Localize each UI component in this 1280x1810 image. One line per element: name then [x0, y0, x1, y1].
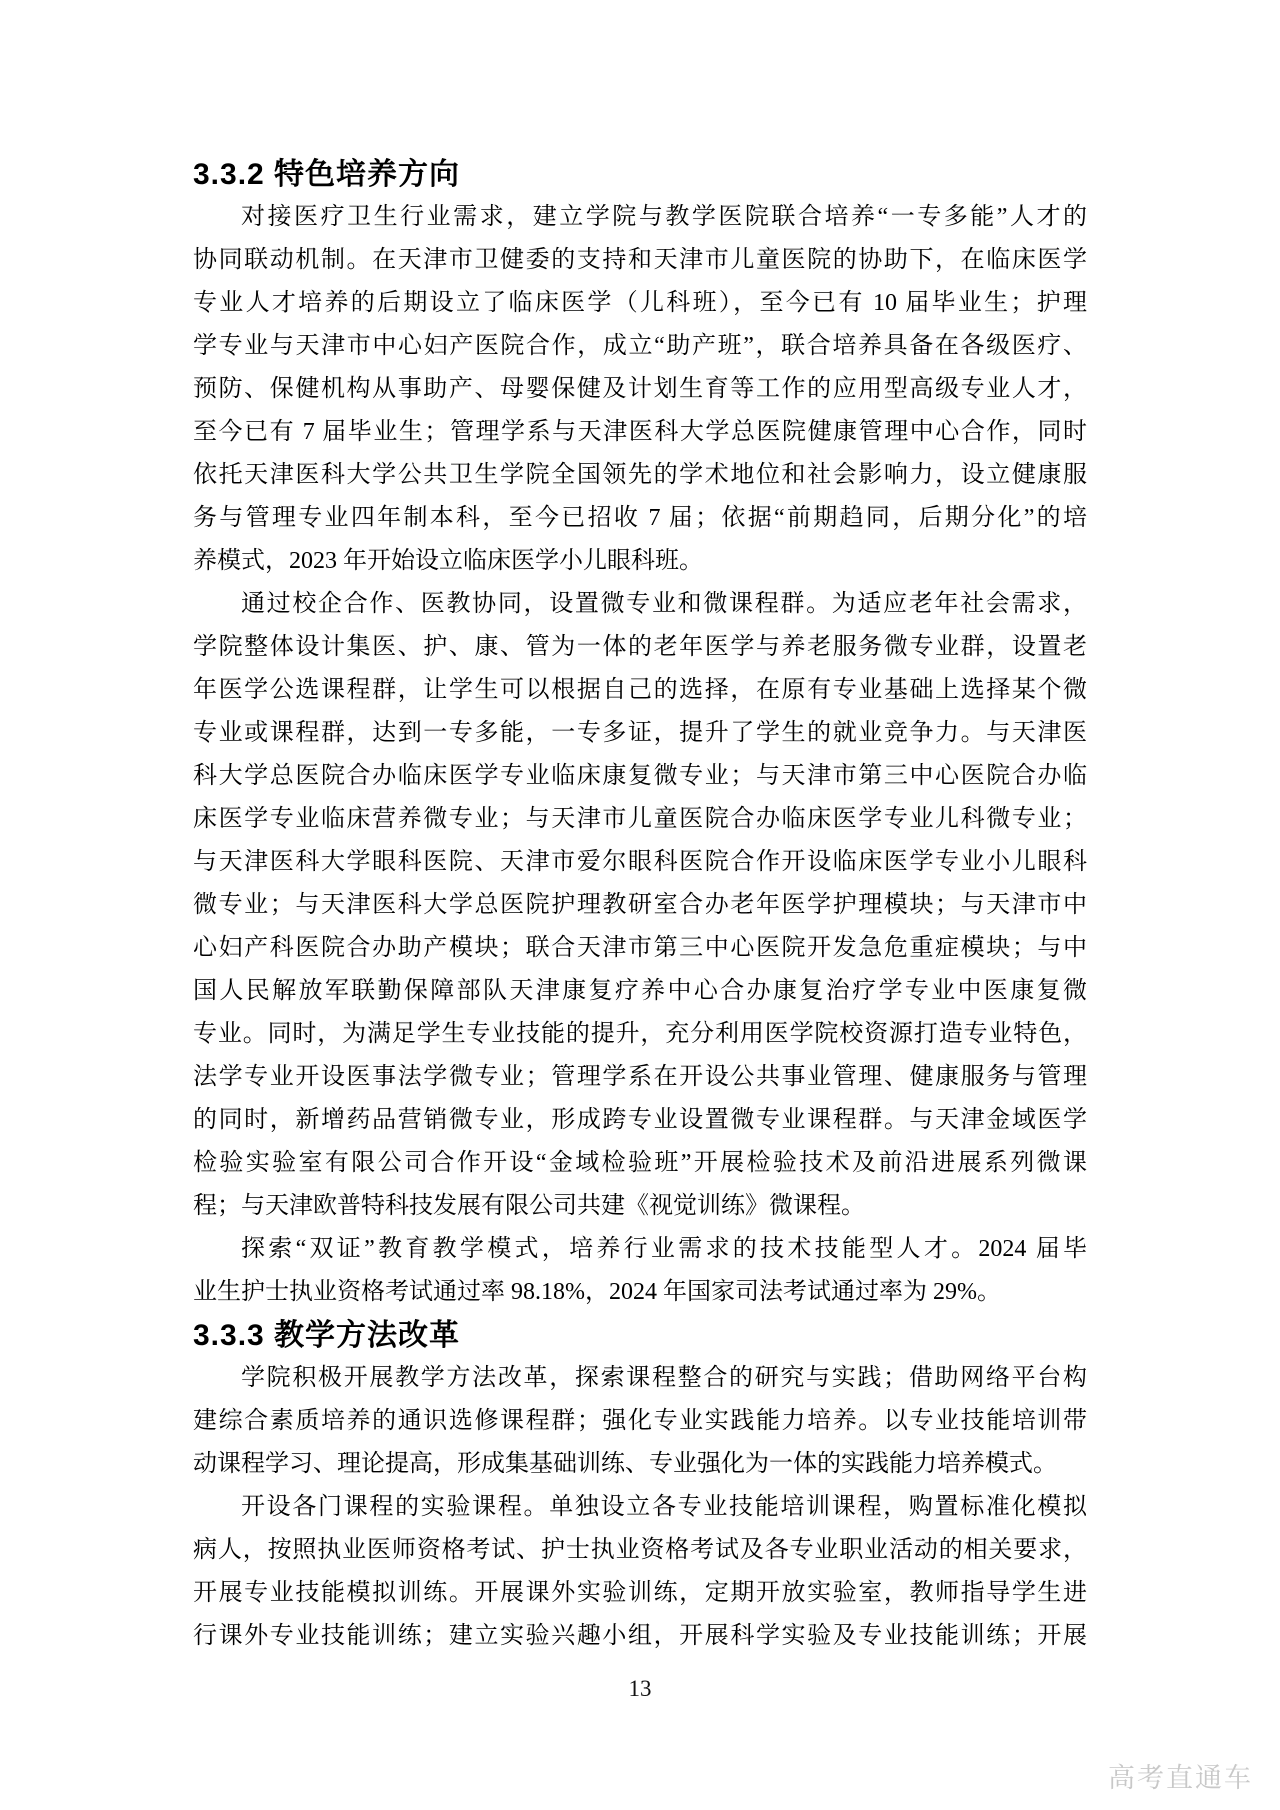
section-heading: 3.3.3 教学方法改革 [193, 1314, 1087, 1357]
text-line: 预防、保健机构从事助产、母婴保健及计划生育等工作的应用型高级专业人才， [193, 368, 1087, 411]
text-line: 专业或课程群，达到一专多能，一专多证，提升了学生的就业竞争力。与天津医 [193, 712, 1087, 755]
document-page: 3.3.2 特色培养方向对接医疗卫生行业需求，建立学院与教学医院联合培养“一专多… [0, 0, 1280, 1810]
text-line: 科大学总医院合办临床医学专业临床康复微专业；与天津市第三中心医院合办临 [193, 755, 1087, 798]
text-line: 业生护士执业资格考试通过率 98.18%，2024 年国家司法考试通过率为 29… [193, 1271, 1087, 1314]
text-line: 开展专业技能模拟训练。开展课外实验训练，定期开放实验室，教师指导学生进 [193, 1572, 1087, 1615]
text-line: 行课外专业技能训练；建立实验兴趣小组，开展科学实验及专业技能训练；开展 [193, 1615, 1087, 1658]
text-line: 协同联动机制。在天津市卫健委的支持和天津市儿童医院的协助下，在临床医学 [193, 239, 1087, 282]
text-line: 动课程学习、理论提高，形成集基础训练、专业强化为一体的实践能力培养模式。 [193, 1443, 1087, 1486]
text-line: 病人，按照执业医师资格考试、护士执业资格考试及各专业职业活动的相关要求， [193, 1529, 1087, 1572]
text-line: 建综合素质培养的通识选修课程群；强化专业实践能力培养。以专业技能培训带 [193, 1400, 1087, 1443]
text-line: 开设各门课程的实验课程。单独设立各专业技能培训课程，购置标准化模拟 [193, 1486, 1087, 1529]
text-line: 心妇产科医院合办助产模块；联合天津市第三中心医院开发急危重症模块；与中 [193, 927, 1087, 970]
text-line: 专业。同时，为满足学生专业技能的提升，充分利用医学院校资源打造专业特色， [193, 1013, 1087, 1056]
text-line: 养模式，2023 年开始设立临床医学小儿眼科班。 [193, 540, 1087, 583]
text-line: 床医学专业临床营养微专业；与天津市儿童医院合办临床医学专业儿科微专业； [193, 798, 1087, 841]
text-line: 对接医疗卫生行业需求，建立学院与教学医院联合培养“一专多能”人才的 [193, 196, 1087, 239]
text-line: 通过校企合作、医教协同，设置微专业和微课程群。为适应老年社会需求， [193, 583, 1087, 626]
page-number: 13 [0, 1676, 1280, 1702]
text-line: 年医学公选课程群，让学生可以根据自己的选择，在原有专业基础上选择某个微 [193, 669, 1087, 712]
text-line: 学专业与天津市中心妇产医院合作，成立“助产班”，联合培养具备在各级医疗、 [193, 325, 1087, 368]
section-heading: 3.3.2 特色培养方向 [193, 158, 1087, 196]
text-line: 学院整体设计集医、护、康、管为一体的老年医学与养老服务微专业群，设置老 [193, 626, 1087, 669]
text-line: 专业人才培养的后期设立了临床医学（儿科班），至今已有 10 届毕业生；护理 [193, 282, 1087, 325]
text-line: 学院积极开展教学方法改革，探索课程整合的研究与实践；借助网络平台构 [193, 1357, 1087, 1400]
text-line: 务与管理专业四年制本科，至今已招收 7 届；依据“前期趋同，后期分化”的培 [193, 497, 1087, 540]
text-line: 探索“双证”教育教学模式，培养行业需求的技术技能型人才。2024 届毕 [193, 1228, 1087, 1271]
text-line: 的同时，新增药品营销微专业，形成跨专业设置微专业课程群。与天津金域医学 [193, 1099, 1087, 1142]
text-line: 至今已有 7 届毕业生；管理学系与天津医科大学总医院健康管理中心合作，同时 [193, 411, 1087, 454]
text-line: 微专业；与天津医科大学总医院护理教研室合办老年医学护理模块；与天津市中 [193, 884, 1087, 927]
text-line: 法学专业开设医事法学微专业；管理学系在开设公共事业管理、健康服务与管理 [193, 1056, 1087, 1099]
text-line: 检验实验室有限公司合作开设“金域检验班”开展检验技术及前沿进展系列微课 [193, 1142, 1087, 1185]
text-line: 国人民解放军联勤保障部队天津康复疗养中心合办康复治疗学专业中医康复微 [193, 970, 1087, 1013]
watermark: 高考直通车 [1108, 1756, 1253, 1795]
text-line: 程；与天津欧普特科技发展有限公司共建《视觉训练》微课程。 [193, 1185, 1087, 1228]
text-line: 与天津医科大学眼科医院、天津市爱尔眼科医院合作开设临床医学专业小儿眼科 [193, 841, 1087, 884]
document-body: 3.3.2 特色培养方向对接医疗卫生行业需求，建立学院与教学医院联合培养“一专多… [193, 158, 1087, 1658]
text-line: 依托天津医科大学公共卫生学院全国领先的学术地位和社会影响力，设立健康服 [193, 454, 1087, 497]
